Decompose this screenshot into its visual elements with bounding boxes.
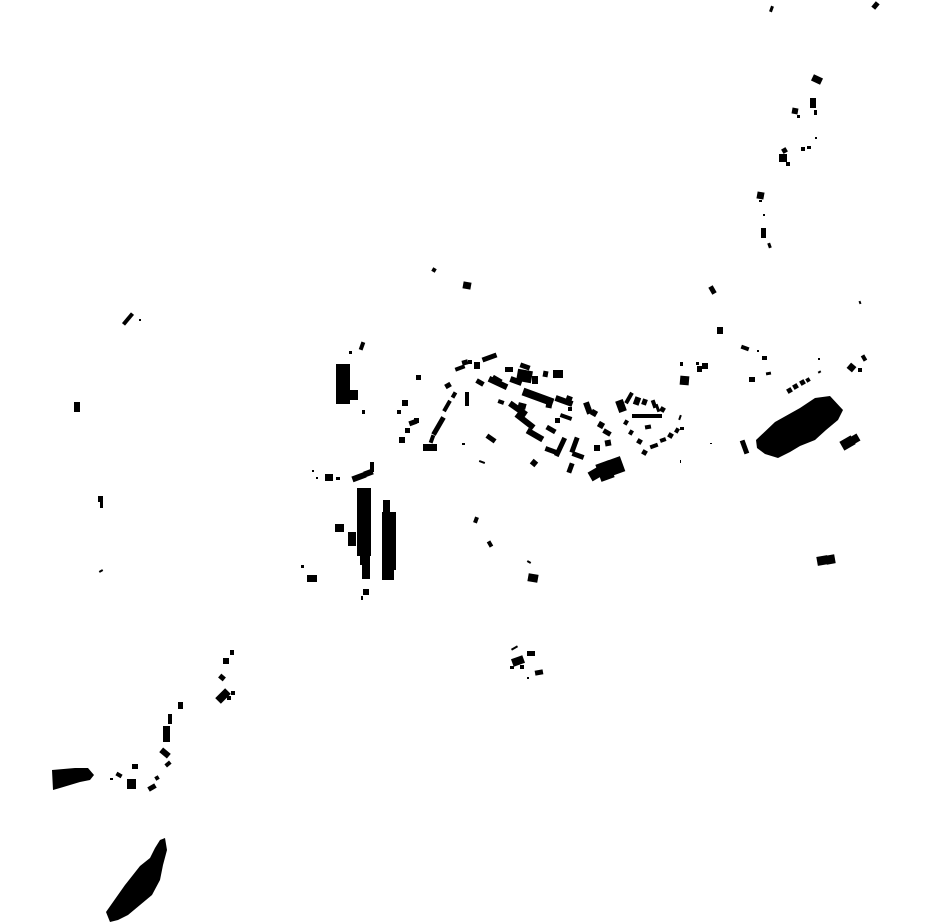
building-footprint [451,391,457,398]
building-footprint [696,362,699,365]
building-footprint [231,691,235,695]
building-footprint [363,589,369,595]
building-footprint [74,402,80,412]
building-footprint [468,360,472,364]
building-footprint [462,443,465,445]
building-footprint [218,674,226,682]
building-footprint [431,267,436,272]
building-footprint [349,351,352,354]
building-footprint [717,327,723,334]
building-footprint [674,427,680,433]
building-footprint [361,596,363,600]
building-footprint [230,650,234,655]
building-footprint [814,110,817,115]
building-footprint [359,342,365,351]
building-footprint [602,428,611,436]
building-footprint [655,404,661,413]
building-footprint [645,425,652,430]
building-footprint [680,427,684,430]
building-footprint [554,437,567,457]
building-footprint [497,399,504,405]
building-footprint [98,496,103,502]
building-footprint [164,761,171,768]
building-footprint [520,665,524,669]
building-footprint [505,367,513,372]
building-footprint [227,696,231,700]
building-footprint [307,575,317,582]
building-footprint [678,415,682,420]
building-footprint [316,477,318,479]
building-footprint [792,108,799,115]
building-footprint [382,568,394,580]
building-footprint [442,400,451,412]
building-footprint [312,470,314,472]
building-footprint [801,147,805,151]
building-footprint [301,565,304,568]
building-footprint [362,410,365,414]
building-footprint [568,407,572,411]
building-footprint [605,440,612,447]
building-footprint [532,376,538,384]
building-footprint [553,370,563,378]
building-footprint [623,419,629,425]
building-footprint [680,460,681,463]
building-footprint [786,162,790,166]
building-footprint [444,382,452,389]
building-footprint [465,392,469,406]
building-footprint [399,437,405,443]
building-footprint [786,387,793,394]
building-footprint [545,425,556,434]
building-footprint [147,783,156,791]
building-footprint [154,775,159,780]
building-footprint [710,443,712,444]
building-footprint [597,421,605,429]
building-footprint [473,516,479,523]
building-footprint [461,359,468,365]
building-footprint [336,477,340,480]
building-footprint [633,396,641,406]
building-footprint [756,191,764,199]
building-footprint [861,354,867,361]
building-footprint [667,432,674,439]
building-footprint [560,413,573,421]
building-footprint [825,554,835,564]
building-footprint [335,524,344,532]
building-footprint [479,460,485,464]
building-footprint [429,435,435,444]
building-footprint [223,658,229,664]
building-footprint [810,98,816,108]
building-footprint [99,569,103,573]
building-footprint [799,379,806,386]
building-footprint [781,147,788,154]
building-footprint [697,366,702,372]
building-footprint [527,573,538,583]
building-footprint [805,377,810,382]
building-footprint [535,669,544,675]
building-footprint [516,369,533,383]
building-footprints-layer [0,0,930,924]
building-footprint [348,532,356,546]
building-footprint [871,1,879,10]
building-footprint [779,154,787,162]
building-footprint [749,377,755,382]
building-footprint [761,228,766,238]
building-footprint [680,376,690,386]
building-footprint [624,392,633,404]
building-footprint [527,677,529,679]
building-footprint [527,651,535,656]
building-footprint [527,560,531,564]
building-footprint [702,363,708,369]
building-footprint [650,443,659,449]
building-footprint [659,406,666,413]
building-footprint [818,358,820,360]
building-footprint [416,375,421,380]
building-footprint [847,363,857,373]
building-footprint [115,772,122,778]
building-footprint [543,371,549,378]
building-footprint [792,383,799,390]
building-footprint [168,714,172,724]
building-footprint [569,437,579,454]
building-footprint [815,137,817,139]
building-footprint [402,400,408,406]
building-footprint [636,438,643,445]
building-footprint-large [52,768,94,790]
building-footprint [431,416,445,436]
building-footprint [159,747,171,758]
figure-ground-map [0,0,930,924]
building-footprint [769,6,774,13]
building-footprint [594,445,600,451]
building-footprint [482,353,498,363]
building-footprint [360,555,370,565]
building-footprint [127,779,136,789]
building-footprint [526,428,545,442]
building-footprint [475,378,484,386]
building-footprint [818,370,822,373]
building-footprint [766,372,771,376]
building-footprint [741,345,750,351]
building-footprint [423,444,437,451]
building-footprint [546,402,553,409]
building-footprint [566,462,574,473]
building-footprint [325,474,333,481]
building-footprint [659,437,666,443]
building-footprint [487,540,493,547]
building-footprint [740,440,749,455]
building-footprint [362,565,370,579]
building-footprint [462,281,471,289]
building-footprint [510,666,514,669]
building-footprint [628,429,634,435]
building-footprint [511,645,518,650]
building-footprint [139,319,141,321]
building-footprint [632,414,662,418]
building-footprint [811,74,823,85]
building-footprint [370,462,374,472]
building-footprint [357,488,371,518]
building-footprint [357,518,371,556]
building-footprint [767,243,772,249]
building-footprint [762,356,767,360]
building-footprint [382,512,396,570]
building-footprint [858,368,862,372]
building-footprint [641,398,648,405]
building-footprint [708,285,716,294]
building-footprint [859,301,862,305]
building-footprint [383,500,390,512]
building-footprint [555,418,560,423]
building-footprint [340,390,358,400]
building-footprint [397,410,401,414]
building-footprint [474,362,480,369]
building-footprint [485,434,496,444]
building-footprint [763,214,765,216]
building-footprint [132,764,138,769]
building-footprint [414,418,419,423]
building-footprint [797,115,800,118]
building-footprint [455,364,466,371]
building-footprint [759,200,762,202]
building-footprint [680,362,683,366]
building-footprint [178,702,183,709]
building-footprint [757,350,759,352]
building-footprint [530,459,538,467]
building-footprint-large [756,396,843,458]
building-footprint-large [106,838,167,922]
building-footprint [110,778,113,780]
building-footprint [100,502,103,508]
building-footprint [641,449,648,456]
building-footprint [122,312,134,325]
building-footprint [405,428,410,433]
building-footprint [163,726,170,742]
building-footprint [807,146,811,149]
